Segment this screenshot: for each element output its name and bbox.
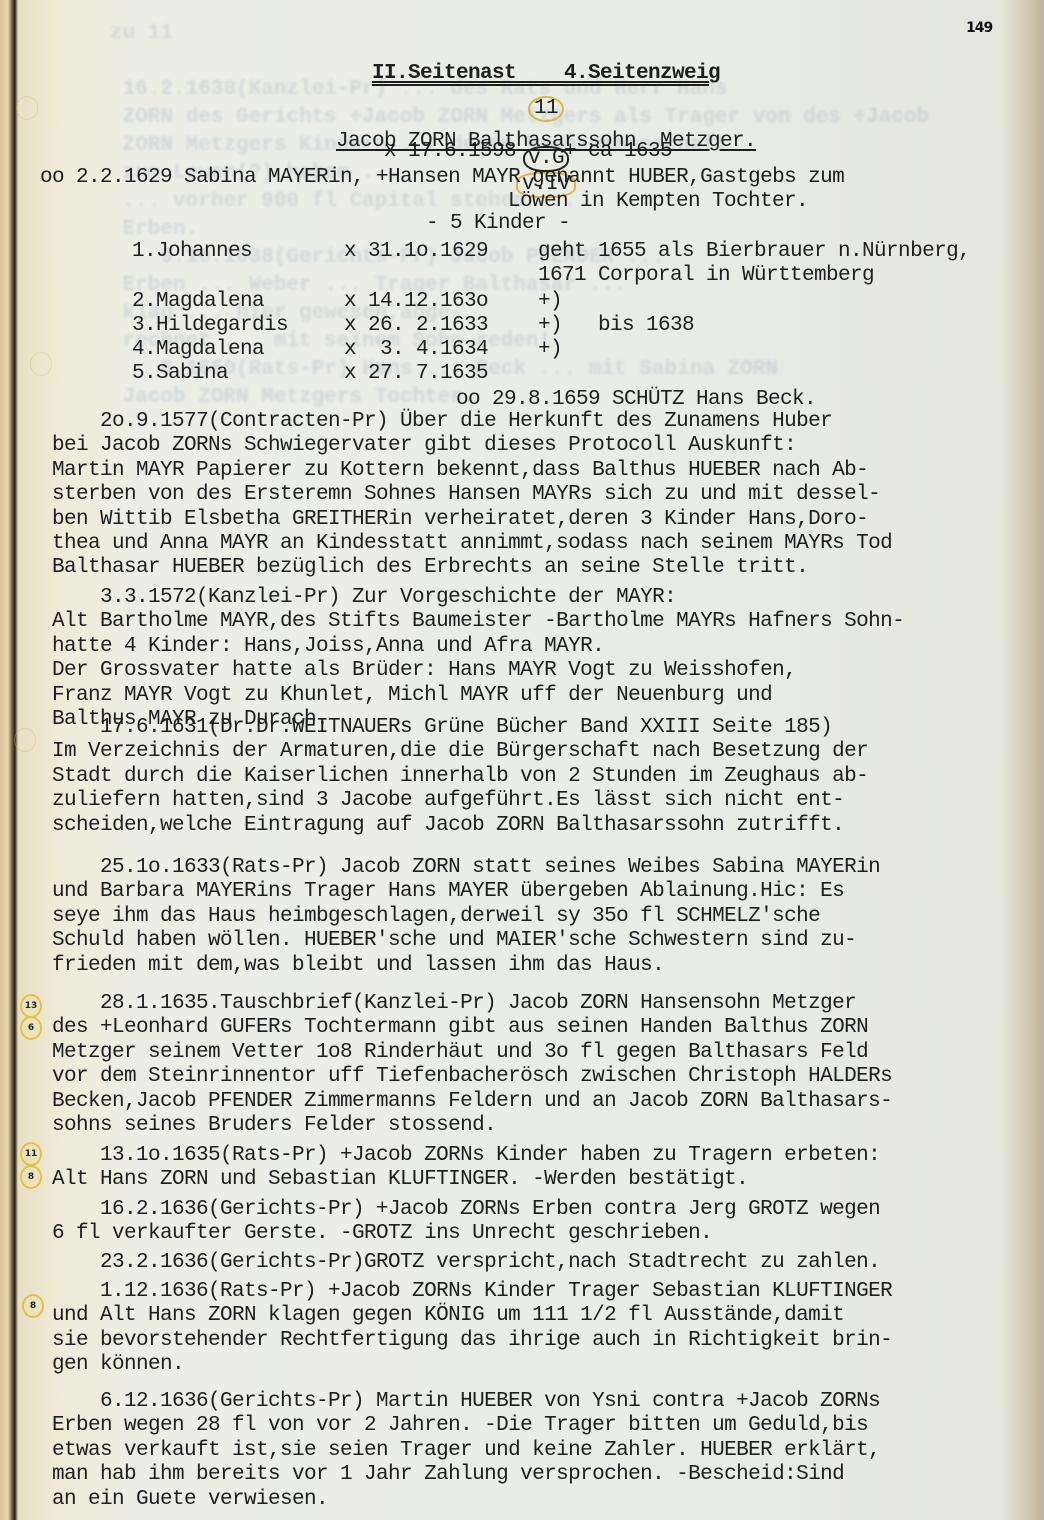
entry-line: Alt Hans ZORN und Sebastian KLUFTINGER. … bbox=[52, 1168, 748, 1192]
entry-line: Schuld haben wöllen. HUEBER'sche und MAI… bbox=[52, 929, 856, 953]
entry-line: und Barbara MAYERins Trager Hans MAYER ü… bbox=[52, 880, 844, 904]
child-born: x 26. 2.1633 bbox=[344, 314, 488, 338]
entry-line: Stadt durch die Kaiserlichen innerhalb v… bbox=[52, 765, 868, 789]
child-born: x 31.1o.1629 bbox=[344, 240, 488, 264]
child-name: 2.Magdalena bbox=[132, 290, 264, 314]
child-name: 1.Johannes bbox=[132, 240, 252, 264]
child-born: x 3. 4.1634 bbox=[344, 338, 488, 362]
entry-line: frieden mit dem,was bleibt und lassen ih… bbox=[52, 954, 664, 978]
entry-line: 6.12.1636(Gerichts-Pr) Martin HUEBER von… bbox=[52, 1390, 880, 1414]
child-born: x 14.12.163o bbox=[344, 290, 488, 314]
entry-line: 23.2.1636(Gerichts-Pr)GROTZ verspricht,n… bbox=[52, 1251, 880, 1275]
margin-note: 13 bbox=[20, 994, 42, 1018]
entry-line: des +Leonhard GUFERs Tochtermann gibt au… bbox=[52, 1016, 868, 1040]
entry-line: scheiden,welche Eintragung auf Jacob ZOR… bbox=[52, 814, 844, 838]
entry-line: 1.12.1636(Rats-Pr) +Jacob ZORNs Kinder T… bbox=[52, 1280, 892, 1304]
child-name: 4.Magdalena bbox=[132, 338, 264, 362]
entry-line: 3.3.1572(Kanzlei-Pr) Zur Vorgeschichte d… bbox=[52, 586, 676, 610]
child-born: x 27. 7.1635 bbox=[344, 362, 488, 386]
child-name: 3.Hildegardis bbox=[132, 314, 288, 338]
entry-line: Metzger seinem Vetter 1o8 Rinderhäut und… bbox=[52, 1041, 868, 1065]
birth-death: x 17.6.1598 + ca 1635 bbox=[384, 140, 672, 164]
entry-line: Der Grossvater hatte als Brüder: Hans MA… bbox=[52, 659, 796, 683]
entry-line: thea und Anna MAYR an Kindesstatt annimm… bbox=[52, 532, 892, 556]
marriage-line-2: Löwen in Kempten Tochter. bbox=[508, 190, 808, 214]
entry-line: man hab ihm bereits vor 1 Jahr Zahlung v… bbox=[52, 1463, 844, 1487]
entry-line: 2o.9.1577(Contracten-Pr) Über die Herkun… bbox=[52, 410, 832, 434]
scanned-page: zu 11 16.2.1638(Kanzlei-Pr) ... des Rats… bbox=[0, 0, 1044, 1520]
entry-line: hatte 4 Kinder: Hans,Joiss,Anna und Afra… bbox=[52, 635, 604, 659]
margin-note: 8 bbox=[22, 1294, 44, 1318]
entry-line: Franz MAYR Vogt zu Khunlet, Michl MAYR u… bbox=[52, 684, 772, 708]
entry-line: zuliefern hatten,sind 3 Jacobe aufgeführ… bbox=[52, 789, 844, 813]
entry-line: bei Jacob ZORNs Schwiegervater gibt dies… bbox=[52, 434, 796, 458]
child-name: 5.Sabina bbox=[132, 362, 228, 386]
entry-line: und Alt Hans ZORN klagen gegen KÖNIG um … bbox=[52, 1304, 844, 1328]
entry-line: an ein Guete verwiesen. bbox=[52, 1488, 328, 1512]
entry-line: 28.1.1635.Tauschbrief(Kanzlei-Pr) Jacob … bbox=[52, 992, 856, 1016]
entry-line: Balthasar HUEBER bezüglich des Erbrechts… bbox=[52, 556, 808, 580]
entry-line: 13.1o.1635(Rats-Pr) +Jacob ZORNs Kinder … bbox=[52, 1144, 880, 1168]
entry-line: seye ihm das Haus heimbgeschlagen,derwei… bbox=[52, 905, 820, 929]
entry-line: vor dem Steinrinnentor uff Tiefenbacherö… bbox=[52, 1065, 892, 1089]
margin-note: 8 bbox=[20, 1165, 42, 1189]
child-note: +) bbox=[538, 338, 562, 362]
child-note: 1671 Corporal in Württemberg bbox=[538, 264, 874, 288]
child-note: oo 29.8.1659 SCHÜTZ Hans Beck. bbox=[456, 388, 816, 412]
child-note: geht 1655 als Bierbrauer n.Nürnberg, bbox=[538, 240, 970, 264]
child-note: +) bis 1638 bbox=[538, 314, 694, 338]
entry-line: sohns seines Bruders Felder stossend. bbox=[52, 1114, 496, 1138]
page-number: 149 bbox=[966, 20, 992, 36]
margin-note-faint bbox=[30, 352, 52, 376]
entry-line: sie bevorstehender Rechtfertigung das ih… bbox=[52, 1329, 892, 1353]
entry-line: 17.6.1631(Dr.Dr.WEITNAUERs Grüne Bücher … bbox=[52, 716, 832, 740]
entry-line: sterben von des Ersteremn Sohnes Hansen … bbox=[52, 483, 880, 507]
entry-line: 25.1o.1633(Rats-Pr) Jacob ZORN statt sei… bbox=[52, 856, 880, 880]
children-heading: - 5 Kinder - bbox=[426, 212, 570, 236]
margin-note: 11 bbox=[20, 1142, 42, 1166]
margin-note: 6 bbox=[20, 1016, 42, 1040]
entry-line: 6 fl verkaufter Gerste. -GROTZ ins Unrec… bbox=[52, 1222, 712, 1246]
margin-note-faint bbox=[16, 96, 38, 120]
entry-line: Becken,Jacob PFENDER Zimmermanns Feldern… bbox=[52, 1090, 892, 1114]
entry-line: etwas verkauft ist,sie seien Trager und … bbox=[52, 1439, 880, 1463]
entry-line: Erben wegen 28 fl von vor 2 Jahren. -Die… bbox=[52, 1414, 868, 1438]
entry-line: ben Wittib Elsbetha GREITHERin verheirat… bbox=[52, 508, 868, 532]
margin-note-faint bbox=[14, 728, 36, 752]
entry-line: Alt Bartholme MAYR,des Stifts Baumeister… bbox=[52, 610, 904, 634]
entry-line: 16.2.1636(Gerichts-Pr) +Jacob ZORNs Erbe… bbox=[52, 1198, 880, 1222]
marriage-line-1: oo 2.2.1629 Sabina MAYERin, +Hansen MAYR… bbox=[40, 166, 844, 190]
child-note: +) bbox=[538, 290, 562, 314]
entry-line: gen können. bbox=[52, 1353, 184, 1377]
entry-line: Im Verzeichnis der Armaturen,die die Bür… bbox=[52, 740, 868, 764]
entry-line: Martin MAYR Papierer zu Kottern bekennt,… bbox=[52, 459, 868, 483]
